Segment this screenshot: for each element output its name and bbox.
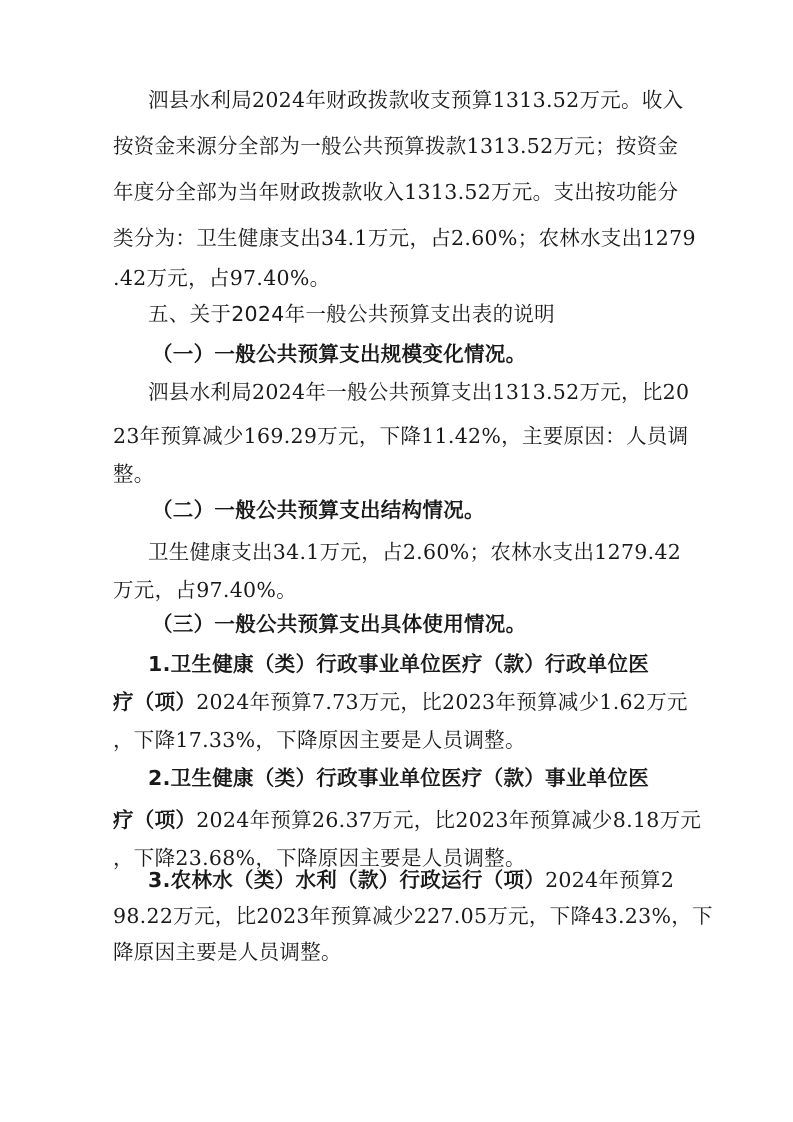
document-page: 泗县水利局2024年财政拨款收支预算1313.52万元。收入 按资金来源分全部为… xyxy=(0,0,793,1122)
subsection-2-title: （二）一般公共预算支出结构情况。 xyxy=(152,498,722,522)
paragraph-1-line-5: .42万元，占97.40%。 xyxy=(113,266,683,290)
item-1-budget-text: 2024年预算7.73万元，比2023年预算减少1.62万元 xyxy=(196,690,688,714)
item-1-line-3: ，下降17.33%，下降原因主要是人员调整。 xyxy=(113,728,683,752)
paragraph-1-line-3: 年度分全部为当年财政拨款收入1313.52万元。支出按功能分 xyxy=(113,180,683,204)
subsection-1-title: （一）一般公共预算支出规模变化情况。 xyxy=(152,342,722,366)
item-3-line-2: 98.22万元，比2023年预算减少227.05万元，下降43.23%，下 xyxy=(113,904,683,928)
item-1-project-label: 疗（项） xyxy=(113,690,196,714)
paragraph-1-line-2: 按资金来源分全部为一般公共预算拨款1313.52万元；按资金 xyxy=(113,134,683,158)
section-5-title: 五、关于2024年一般公共预算支出表的说明 xyxy=(148,302,718,326)
item-2-budget-text: 2024年预算26.37万元，比2023年预算减少8.18万元 xyxy=(196,808,701,832)
item-2-line-2: 疗（项）2024年预算26.37万元，比2023年预算减少8.18万元 xyxy=(113,808,683,832)
item-1-title: 1.卫生健康（类）行政事业单位医疗（款）行政单位医 xyxy=(148,652,718,676)
item-2-line-3: ，下降23.68%，下降原因主要是人员调整。 xyxy=(113,846,683,870)
item-2-title: 2.卫生健康（类）行政事业单位医疗（款）事业单位医 xyxy=(148,766,718,790)
item-3-line-1: 3.农林水（类）水利（款）行政运行（项）2024年预算2 xyxy=(148,868,718,892)
item-3-budget-text: 2024年预算2 xyxy=(545,868,674,892)
item-3-title: 3.农林水（类）水利（款）行政运行（项） xyxy=(148,868,545,892)
subsection-3-title: （三）一般公共预算支出具体使用情况。 xyxy=(152,612,722,636)
item-3-line-3: 降原因主要是人员调整。 xyxy=(113,940,683,964)
paragraph-3-line-2: 万元，占97.40%。 xyxy=(113,578,683,602)
paragraph-2-line-3: 整。 xyxy=(113,462,683,486)
paragraph-2-line-2: 23年预算减少169.29万元，下降11.42%，主要原因：人员调 xyxy=(113,424,683,448)
paragraph-3-line-1: 卫生健康支出34.1万元，占2.60%；农林水支出1279.42 xyxy=(148,540,718,564)
item-2-project-label: 疗（项） xyxy=(113,808,196,832)
item-1-line-2: 疗（项）2024年预算7.73万元，比2023年预算减少1.62万元 xyxy=(113,690,683,714)
paragraph-1-line-1: 泗县水利局2024年财政拨款收支预算1313.52万元。收入 xyxy=(148,88,718,112)
paragraph-2-line-1: 泗县水利局2024年一般公共预算支出1313.52万元，比20 xyxy=(148,380,718,404)
paragraph-1-line-4: 类分为：卫生健康支出34.1万元，占2.60%；农林水支出1279 xyxy=(113,226,683,250)
